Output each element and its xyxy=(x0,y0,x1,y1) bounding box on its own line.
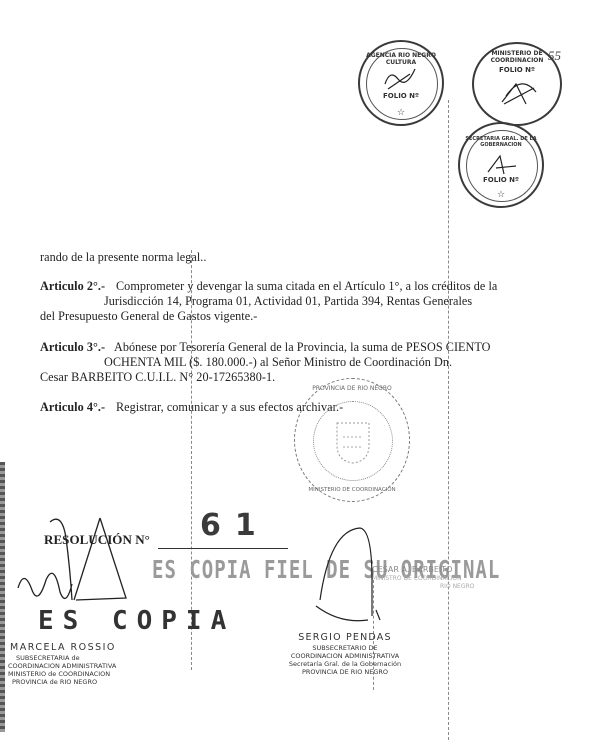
stamp-ring-text: SECRETARIA GRAL. DE LA GOBERNACION xyxy=(460,136,542,148)
pendas-title-line: SUBSECRETARIO DE xyxy=(270,644,420,652)
barbeito-province: RIO NEGRO xyxy=(440,583,474,590)
article-4-label: Articulo 4°.- xyxy=(40,400,105,415)
rossio-name: MARCELA ROSSIO xyxy=(10,642,116,653)
scan-artifact-line xyxy=(448,100,449,740)
star-icon: ☆ xyxy=(360,108,442,118)
folio-number: 55 xyxy=(548,48,561,64)
seal-ring-top: PROVINCIA DE RIO NEGRO xyxy=(295,385,409,392)
stamp-initials-scribble xyxy=(482,148,522,178)
es-copia-stamp: ES COPIA xyxy=(38,606,235,636)
article-2-text: Jurisdicción 14, Programa 01, Actividad … xyxy=(104,294,472,309)
article-3-text: Cesar BARBEITO C.U.I.L. N° 20-17265380-1… xyxy=(40,370,275,385)
article-3-label: Articulo 3°.- xyxy=(40,340,105,355)
agencia-cultura-stamp: AGENCIA RIO NEGRO CULTURA FOLIO Nº ☆ xyxy=(358,40,444,126)
article-2-text: del Presupuesto General de Gastos vigent… xyxy=(40,309,257,324)
resolution-number: 61 xyxy=(200,508,270,543)
star-icon: ☆ xyxy=(460,190,542,200)
rossio-title-line: SUBSECRETARIA de xyxy=(16,654,80,662)
pendas-signature xyxy=(300,520,410,630)
article-3-text: OCHENTA MIL ($. 180.000.-) al Señor Mini… xyxy=(104,355,452,370)
rossio-signature xyxy=(10,508,130,618)
secretaria-general-stamp: SECRETARIA GRAL. DE LA GOBERNACION FOLIO… xyxy=(458,122,544,208)
article-3-text: Abónese por Tesorería General de la Prov… xyxy=(114,340,491,355)
resolution-underline xyxy=(158,548,288,549)
provincia-rio-negro-seal: PROVINCIA DE RIO NEGRO MINISTERIO DE COO… xyxy=(294,378,410,502)
rossio-title-line: COORDINACION ADMINISTRATIVA xyxy=(8,662,116,670)
coat-of-arms-icon xyxy=(333,419,373,465)
seal-ring-bottom: MINISTERIO DE COORDINACION xyxy=(295,487,409,493)
scan-left-edge xyxy=(0,462,5,732)
rossio-title-line: MINISTERIO de COORDINACION xyxy=(8,670,110,678)
stamp-initials-scribble xyxy=(496,74,540,110)
pendas-block: SERGIO PENDAS SUBSECRETARIO DE COORDINAC… xyxy=(270,632,420,676)
pendas-title-line: Secretaría Gral. de la Gobernación xyxy=(270,660,420,668)
article-2-label: Articulo 2°.- xyxy=(40,279,105,294)
article-2-text: Comprometer y devengar la suma citada en… xyxy=(116,279,497,294)
rossio-title-line: PROVINCIA de RIO NEGRO xyxy=(12,678,97,686)
stamp-folio-label: FOLIO Nº xyxy=(474,66,560,74)
pendas-title-line: PROVINCIA DE RIO NEGRO xyxy=(270,668,420,676)
pendas-name: SERGIO PENDAS xyxy=(270,632,420,643)
text-line: rando de la presente norma legal.. xyxy=(40,250,207,265)
pendas-title-line: COORDINACION ADMINISTRATIVA xyxy=(270,652,420,660)
stamp-initials-scribble xyxy=(380,64,420,94)
